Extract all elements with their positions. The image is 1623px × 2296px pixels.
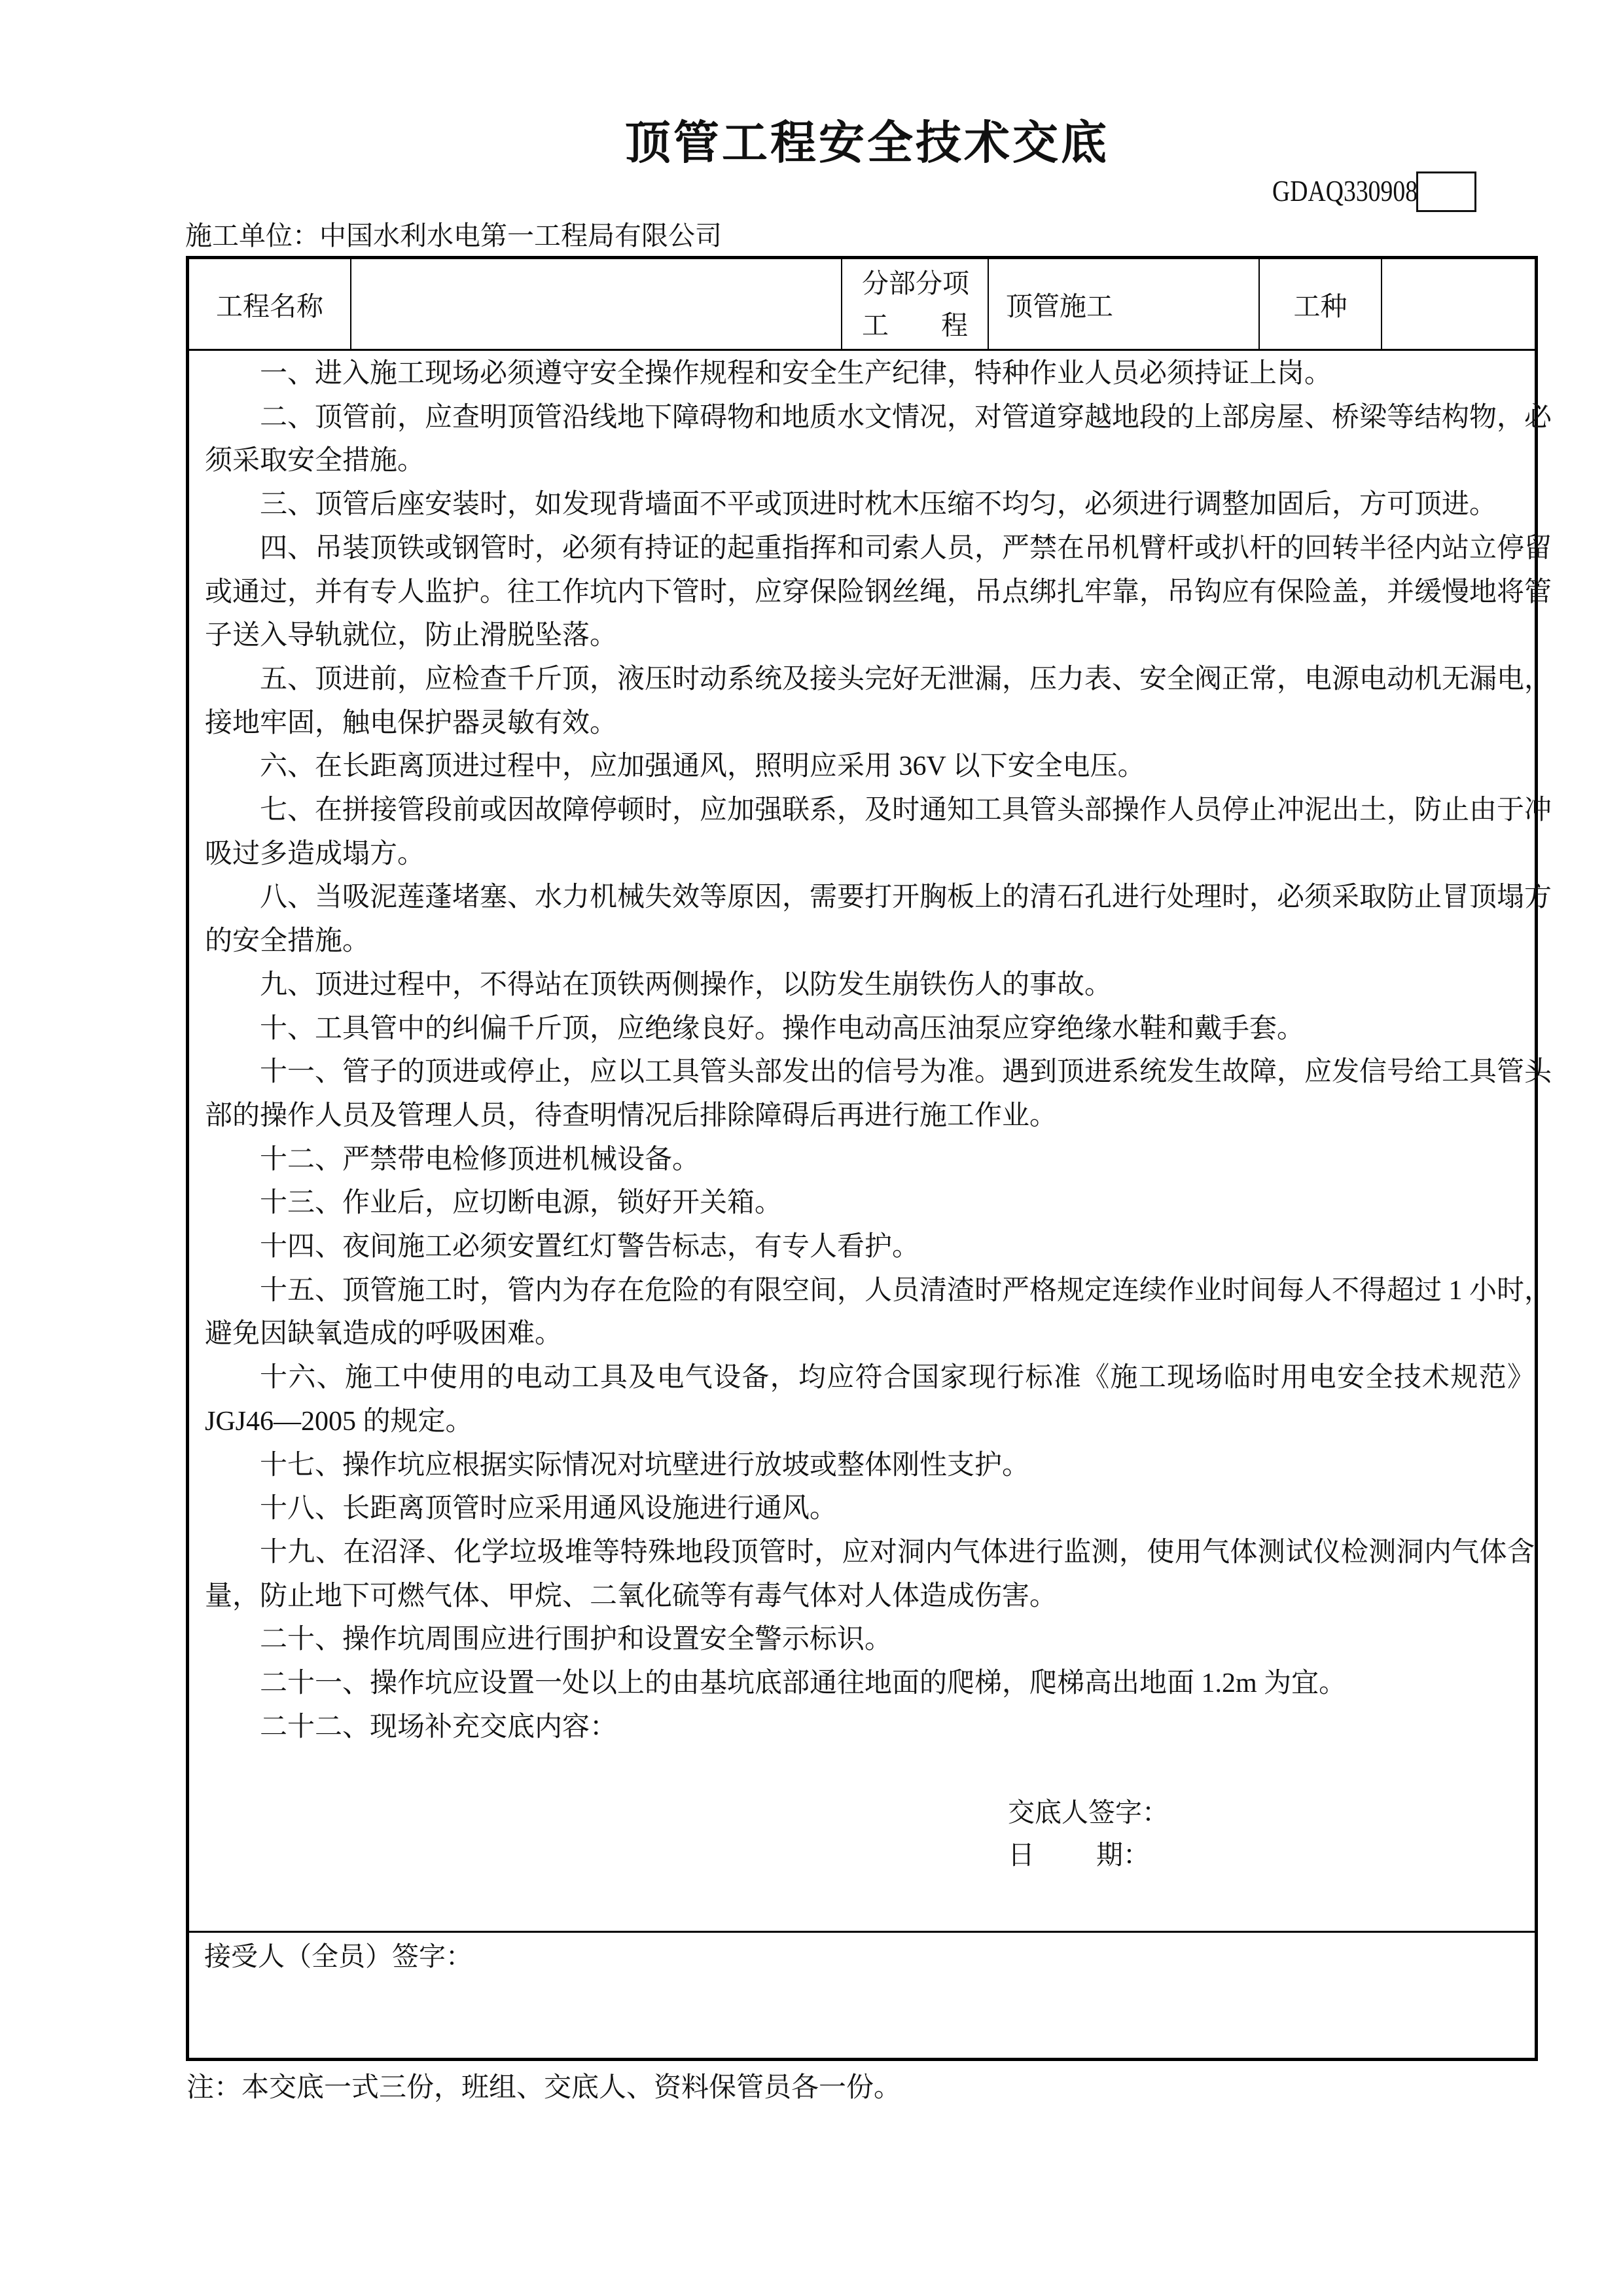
briefing-line: 十五、顶管施工时，管内为存在危险的有限空间，人员清渣时严格规定连续作业时间每人不… [205,1269,1535,1313]
briefing-line: 十一、管子的顶进或停止，应以工具管头部发出的信号为准。遇到顶进系统发生故障，应发… [205,1050,1535,1094]
briefing-line: 六、在长距离顶进过程中，应加强通风，照明应采用 36V 以下安全电压。 [205,745,1535,789]
briefing-line: 避免因缺氧造成的呼吸困难。 [205,1312,1535,1356]
date-label: 日 期： [1008,1837,1150,1873]
footer-note: 注：本交底一式三份，班组、交底人、资料保管员各一份。 [187,2071,901,2105]
work-type-label: 工种 [1260,259,1381,349]
briefing-line: 十、工具管中的纠偏千斤顶，应绝缘良好。操作电动高压油泵应穿绝缘水鞋和戴手套。 [205,1007,1535,1051]
briefing-line: 或通过，并有专人监护。往工作坑内下管时，应穿保险钢丝绳，吊点绑扎牢靠，吊钩应有保… [205,571,1535,615]
briefing-line: 四、吊装顶铁或钢管时，必须有持证的起重指挥和司索人员，严禁在吊机臂杆或扒杆的回转… [205,527,1535,571]
briefing-line: 九、顶进过程中，不得站在顶铁两侧操作，以防发生崩铁伤人的事故。 [205,963,1535,1007]
subproject-label-line2-left: 工 [862,304,889,346]
briefing-line: 十八、长距离顶管时应采用通风设施进行通风。 [205,1487,1535,1531]
briefing-line: 十二、严禁带电检修顶进机械设备。 [205,1138,1535,1182]
header-row: 工程名称 分部分项 工 程 顶管施工 工种 [189,259,1535,351]
receivers-signature-section[interactable]: 接受人（全员）签字： [189,1933,1535,2054]
subproject-label-line1: 分部分项 [862,262,968,304]
date-label-left: 日 [1008,1837,1035,1873]
briefing-line: 十七、操作坑应根据实际情况对坑壁进行放坡或整体刚性支护。 [205,1444,1535,1488]
construction-unit: 施工单位：中国水利水电第一工程局有限公司 [185,220,722,251]
page-title: 顶管工程安全技术交底 [0,118,1623,168]
briefer-signature-label: 交底人签字： [1008,1794,1169,1831]
briefing-line: 八、当吸泥莲蓬堵塞、水力机械失效等原因，需要打开胸板上的清石孔进行处理时，必须采… [205,876,1535,920]
document-code-suffix-box[interactable] [1416,171,1476,212]
briefing-line: 二十、操作坑周围应进行围护和设置安全警示标识。 [205,1618,1535,1662]
project-name-field[interactable] [351,259,841,349]
briefing-line: 接地牢固，触电保护器灵敏有效。 [205,702,1535,745]
date-label-right: 期： [1096,1837,1150,1873]
briefing-line: 十九、在沼泽、化学垃圾堆等特殊地段顶管时，应对洞内气体进行监测，使用气体测试仪检… [205,1531,1535,1575]
briefing-line: 吸过多造成塌方。 [205,833,1535,876]
briefing-line: 十四、夜间施工必须安置红灯警告标志，有专人看护。 [205,1225,1535,1269]
briefing-line: 七、在拼接管段前或因故障停顿时，应加强联系，及时通知工具管头部操作人员停止冲泥出… [205,789,1535,833]
briefing-line: 十六、施工中使用的电动工具及电气设备，均应符合国家现行标准《施工现场临时用电安全… [205,1356,1535,1400]
work-type-field[interactable] [1382,259,1535,349]
project-name-label: 工程名称 [189,259,350,349]
subproject-label: 分部分项 工 程 [842,259,988,349]
receivers-signature-label: 接受人（全员）签字： [204,1938,473,1975]
briefing-line: 一、进入施工现场必须遵守安全操作规程和安全生产纪律，特种作业人员必须持证上岗。 [205,352,1535,396]
subproject-label-line2: 工 程 [862,304,968,346]
briefing-line: 三、顶管后座安装时，如发现背墙面不平或顶进时枕木压缩不均匀，必须进行调整加固后，… [205,483,1535,527]
briefing-line: 五、顶进前，应检查千斤顶，液压时动系统及接头完好无泄漏，压力表、安全阀正常，电源… [205,658,1535,702]
briefing-line: 子送入导轨就位，防止滑脱坠落。 [205,614,1535,658]
briefing-form-table: 工程名称 分部分项 工 程 顶管施工 工种 一、进入施工现场必须遵守安全操作规程… [186,256,1538,2061]
document-code: GDAQ330908 [1272,171,1418,211]
briefing-line: 二、顶管前，应查明顶管沿线地下障碍物和地质水文情况，对管道穿越地段的上部房屋、桥… [205,396,1535,440]
briefing-line: JGJ46—2005 的规定。 [205,1400,1535,1444]
briefing-line: 量，防止地下可燃气体、甲烷、二氧化硫等有毒气体对人体造成伤害。 [205,1575,1535,1619]
briefing-line: 的安全措施。 [205,920,1535,963]
briefing-content: 一、进入施工现场必须遵守安全操作规程和安全生产纪律，特种作业人员必须持证上岗。二… [189,351,1535,1933]
briefing-line: 十三、作业后，应切断电源，锁好开关箱。 [205,1181,1535,1225]
subproject-value: 顶管施工 [989,259,1258,349]
briefing-line: 部的操作人员及管理人员，待查明情况后排除障碍后再进行施工作业。 [205,1094,1535,1138]
subproject-label-line2-right: 程 [941,304,968,346]
briefing-line: 二十一、操作坑应设置一处以上的由基坑底部通往地面的爬梯，爬梯高出地面 1.2m … [205,1662,1535,1706]
briefing-line: 二十二、现场补充交底内容： [205,1706,1535,1749]
briefing-line: 须采取安全措施。 [205,439,1535,483]
